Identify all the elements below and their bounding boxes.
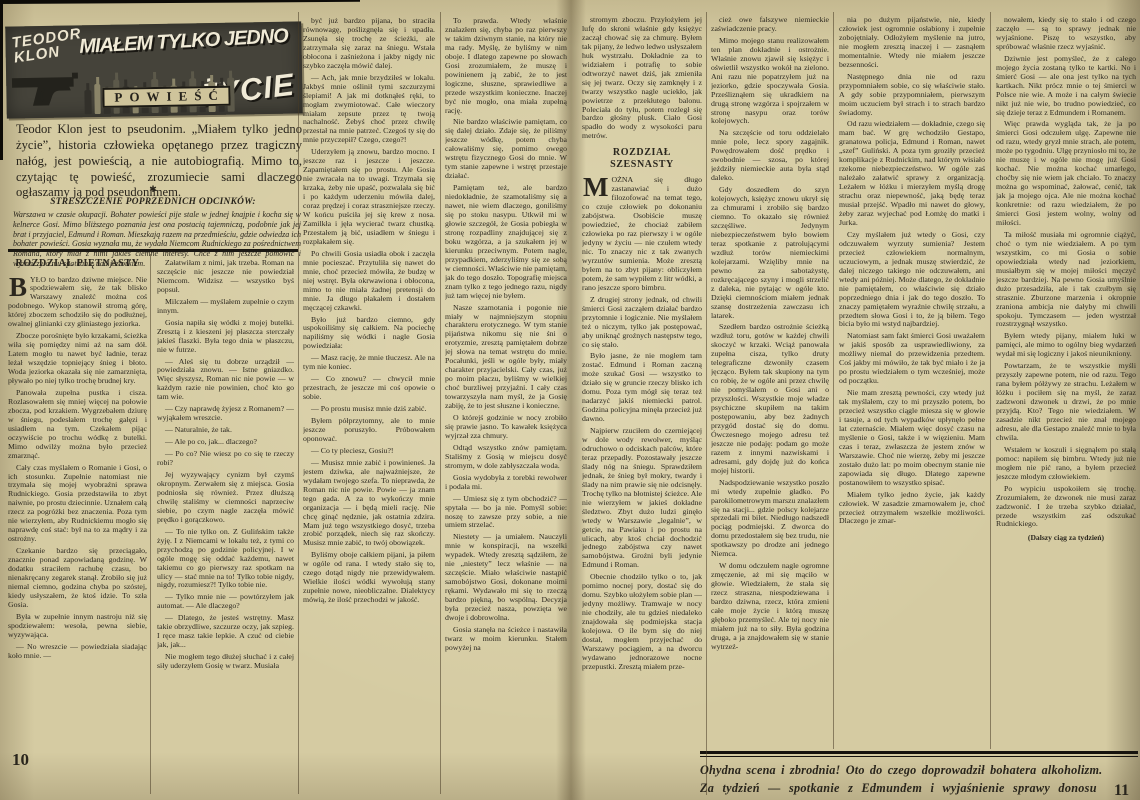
paragraph: Od razu wiedziałem — dokładnie, czego si…: [839, 120, 985, 227]
paragraph: Mimo mojego stanu realizowałem ten plan …: [711, 37, 829, 127]
paragraph: Powtarzam, że te wszystkie myśli przyszł…: [996, 362, 1136, 443]
paragraph: — Tylko mnie nie — powtórzyłem jak autom…: [157, 593, 294, 611]
paragraph: Była w zupełnie innym nastroju niż się s…: [8, 613, 147, 640]
paragraph: Załatwiłam z nimi, jak trzeba. Roman na …: [157, 259, 294, 295]
paragraph: Po chwili Gosia usiadła obok i zaczęła m…: [303, 250, 435, 313]
paragraph: Panowała zupełna pustka i cisza. Rozlaso…: [8, 389, 147, 461]
paragraph: Na szczęście od toru oddzielało mnie pol…: [711, 129, 829, 183]
scan-edge-artifact-top: [0, 0, 360, 4]
paragraph: — Musisz mnie zabić i powinieneś. Ja jes…: [303, 459, 435, 549]
announcement-line1: Ohydna scena i zbrodnia! Oto do czego do…: [700, 763, 1138, 778]
paragraph: — Ach, jak mnie brzydziłeś w lokalu. Jak…: [303, 74, 435, 146]
paragraph: — Czy naprawdę żyjesz z Romanem? — wyjąk…: [157, 405, 294, 423]
paragraph: nowałem, kiedy się to stało i od czego z…: [996, 16, 1136, 52]
paragraph: Natomiast sam fakt śmierci Gosi uważałem…: [839, 332, 985, 386]
novel-title-line1: MIAŁEM TYLKO JEDNO: [67, 24, 300, 59]
paragraph: Niestety — ja umiałem. Nauczyli mnie w k…: [445, 533, 567, 623]
paragraph: — Po prostu musisz mnie dziś zabić.: [303, 405, 435, 414]
paragraph: — Naturalnie, że tak.: [157, 426, 294, 435]
column-rule: [150, 254, 151, 794]
paragraph: stromym zboczu. Przyłożyłem jej lufę do …: [582, 16, 702, 141]
chapter-16-lead-paragraph: MOŻNA się długo zastanawiać i dużo filoz…: [582, 176, 702, 292]
column-paragraphs: Z drugiej strony jednak, od chwili śmier…: [582, 296, 702, 672]
paragraph: — Umiesz się z tym obchodzić? — spytała …: [445, 495, 567, 531]
paragraph: Jej wyzywający cynizm był czymś okropnym…: [157, 471, 294, 525]
column-paragraphs: Zbocze porośnięte było krzakami, ścieżka…: [8, 332, 147, 660]
paragraph: To prawda. Wtedy właśnie znalazłem się, …: [445, 17, 567, 115]
left-page-column-3: być już bardzo pijana, bo straciła równo…: [303, 17, 435, 793]
paragraph: Pamiętam też, ale bardzo niedokładnie, ż…: [445, 184, 567, 300]
chapter-15-lead-paragraph: BYŁO to bardzo dziwne miejsce. Nie spodz…: [8, 276, 147, 330]
paragraph: Obecnie chodziło tylko o to, jak pomimo …: [582, 573, 702, 671]
paragraph: O którejś godzinie w nocy zrobiło się pr…: [445, 414, 567, 441]
left-page-column-2: Załatwiłam z nimi, jak trzeba. Roman na …: [157, 259, 294, 791]
genre-label: POWIEŚĆ: [102, 86, 231, 108]
column-paragraphs: stromym zboczu. Przyłożyłem jej lufę do …: [582, 16, 702, 141]
next-episode-announcement: Ohydna scena i zbrodnia! Oto do czego do…: [700, 751, 1138, 796]
right-page-column-4: nowałem, kiedy się to stało i od czego z…: [996, 16, 1136, 742]
paragraph: Gdy doszedłem do szyn kolejowych, księży…: [711, 186, 829, 320]
paragraph: Gosia napiła się wódki z mojej butelki. …: [157, 319, 294, 355]
column-rule: [833, 12, 834, 749]
paragraph: Czy myślałem już wtedy o Gosi, czy odczu…: [839, 231, 985, 329]
paragraph: Byłem wtedy pijany, miałem luki w pamięc…: [996, 332, 1136, 359]
page-number-left: 10: [12, 750, 29, 770]
column-rule: [706, 12, 707, 795]
paragraph: — Aleś się tu dobrze urządził — powiedzi…: [157, 358, 294, 403]
paragraph: Było już bardzo ciemno, gdy uspokoiliśmy…: [303, 316, 435, 352]
column-rule: [440, 12, 441, 794]
dropcap-letter: M: [583, 177, 608, 198]
paragraph: — Co znowu? — chwycił mnie przestrach, ż…: [303, 375, 435, 402]
paragraph: Uderzyłem ją znowu, bardzo mocno. I jesz…: [303, 148, 435, 246]
paragraph: Odtąd wszystko znów pamiętam. Staliśmy z…: [445, 444, 567, 471]
paragraph: Dziwnie jest pomyśleć, że z całego mojeg…: [996, 55, 1136, 118]
heavy-divider-rule: [8, 249, 298, 252]
paragraph: cież owe fałszywe niemieckie zaświadczen…: [711, 16, 829, 34]
section-star: ✱: [0, 184, 306, 195]
paragraph: Byłem półprzytomny, ale to mnie jeszcze …: [303, 417, 435, 444]
paragraph: Następnego dnia nie od razu przypomniałe…: [839, 73, 985, 118]
paragraph: Zbocze porośnięte było krzakami, ścieżka…: [8, 332, 147, 386]
announcement-rule-thin: [700, 756, 1138, 757]
right-page-column-1: stromym zboczu. Przyłożyłem jej lufę do …: [582, 16, 702, 795]
paragraph: — No wreszcie — powiedziała siadając koł…: [8, 643, 147, 661]
paragraph: Szedłem bardzo ostrożnie ścieżką wzdłuż …: [711, 323, 829, 475]
paragraph: Było jasne, że nie mogłem tam zostać. Ed…: [582, 352, 702, 424]
right-page-column-2: cież owe fałszywe niemieckie zaświadczen…: [711, 16, 829, 748]
paragraph: Nie bardzo właściwie pamiętam, co się da…: [445, 118, 567, 181]
paragraph: Nie mam zresztą pewności, czy wtedy już …: [839, 389, 985, 487]
paragraph: — Co ty pleciesz, Gosiu?!: [303, 447, 435, 456]
scan-edge-artifact-left: [0, 0, 3, 160]
paragraph: Milczałem — myślałem zupełnie o czym inn…: [157, 298, 294, 316]
paragraph: — Dlatego, że jesteś wstrętny. Masz taki…: [157, 614, 294, 650]
paragraph: — Masz rację, że mnie tłuczesz. Ale na t…: [303, 354, 435, 372]
serial-continuation-note: (Dalszy ciąg za tydzień): [996, 534, 1136, 543]
announcement-line2: Za tydzień — spotkanie z Edmundem i wyja…: [700, 781, 1138, 796]
magazine-spread: TEODOR KLON MIAŁEM TYLKO JEDNO ŻYCIE POW…: [0, 0, 1140, 800]
paragraph: być już bardzo pijana, bo straciła równo…: [303, 17, 435, 71]
left-page-column-4: To prawda. Wtedy właśnie znalazłem się, …: [445, 17, 567, 793]
paragraph: Cały czas myślałem o Romanie i Gosi, o i…: [8, 464, 147, 545]
paragraph: W domu odczułem nagle ogromne zmęczenie,…: [711, 562, 829, 652]
left-page-column-1: ROZDZIAŁ PIĘTNASTY BYŁO to bardzo dziwne…: [8, 258, 147, 750]
paragraph: Byliśmy oboje całkiem pijani, ja piłem w…: [303, 551, 435, 605]
paragraph: Nadspodziewanie wszystko poszło mi wtedy…: [711, 479, 829, 560]
recap-heading: STRESZCZENIE POPRZEDNICH ODCINKÓW:: [0, 197, 306, 207]
column-paragraphs: nowałem, kiedy się to stało i od czego z…: [996, 16, 1136, 529]
paragraph: Więc prawda wygląda tak, że ja po śmierc…: [996, 120, 1136, 227]
chapter-15-heading: ROZDZIAŁ PIĘTNASTY: [8, 258, 147, 270]
paragraph: Z drugiej strony jednak, od chwili śmier…: [582, 296, 702, 350]
paragraph: — Ale po co, jak... dlaczego?: [157, 438, 294, 447]
paragraph: Czekanie bardzo się przeciągało, znaczni…: [8, 547, 147, 610]
paragraph: Wstałem w koszuli i sięgnąłem po stałą p…: [996, 446, 1136, 482]
paragraph: nia po dużym pijaństwie, nie, kiedy czło…: [839, 16, 985, 70]
announcement-rule-thick: [700, 751, 1138, 754]
page-number-right: 11: [1114, 782, 1129, 800]
paragraph: Gosia stanęła na ścieżce i nastawiła twa…: [445, 626, 567, 653]
pistol-icon: [10, 65, 85, 110]
paragraph: — To nie tylko on. Z Gulińskim także żyj…: [157, 528, 294, 591]
novel-masthead: TEODOR KLON MIAŁEM TYLKO JEDNO ŻYCIE POW…: [5, 21, 303, 118]
paragraph: Po wypiciu uspokoiłem się trochę. Zrozum…: [996, 485, 1136, 530]
paragraph: Nasze szamotania i pogonie nie miały w n…: [445, 304, 567, 411]
paragraph: Gosia wydobyła z torebki rewolwer i poda…: [445, 474, 567, 492]
right-page-column-3: nia po dużym pijaństwie, nie, kiedy czło…: [839, 16, 985, 746]
column-rule: [990, 12, 991, 749]
paragraph: Najpierw rzuciłem do czerniejącej w dole…: [582, 427, 702, 570]
dropcap-letter: B: [9, 277, 27, 298]
paragraph: — Po co? Nie wiesz po co się te rzeczy r…: [157, 450, 294, 468]
chapter-16-heading: ROZDZIAŁ SZESNASTY: [582, 147, 702, 170]
column-rule: [298, 12, 299, 794]
paragraph: Miałem tylko jedno życie, jak każdy czło…: [839, 491, 985, 527]
paragraph: Nie mogłem tego dłużej słuchać i z całej…: [157, 653, 294, 671]
paragraph: Ta miłość musiała mi ogromnie ciążyć, ch…: [996, 231, 1136, 329]
